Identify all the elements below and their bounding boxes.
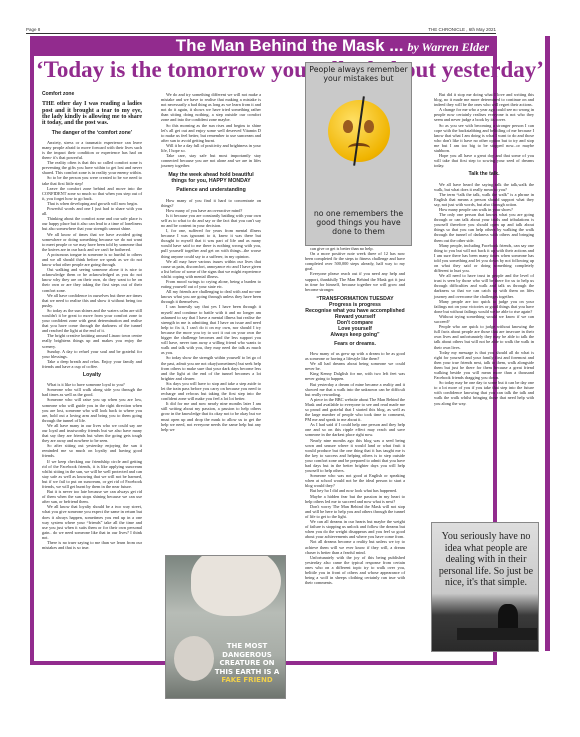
body-text: How many of you find it hard to concentr…	[161, 198, 261, 432]
column-banner: The Man Behind the Mask ...by Warren Eld…	[30, 36, 497, 56]
paragraph: So to be the person you were created to …	[42, 175, 142, 185]
paragraph: Always keep going”	[305, 332, 405, 338]
paragraph: How many of us grew up with a dream to b…	[305, 351, 405, 361]
column-3: can give or get is better than no help.O…	[305, 246, 405, 585]
paragraph: We all had dreams about being someone we…	[305, 361, 405, 371]
paragraph: Everyone please reach out if you need an…	[305, 271, 405, 291]
article-headline: ‘Today is the tomorrow you talked about …	[36, 57, 491, 83]
paragraph: From mood swings to crying alone, being …	[161, 279, 261, 289]
paragraph: If we keep checking our friendship circl…	[42, 459, 142, 490]
paragraph: We all need to have trust in people and …	[434, 273, 534, 298]
paragraph: As I had said if I could help one person…	[305, 422, 405, 437]
paragraph: Take care, stay safe but most importantl…	[161, 153, 261, 168]
paragraph: Don't worry The Man Behind the Mask will…	[305, 504, 405, 519]
paragraph: It did for me and now nearly nine months…	[161, 401, 261, 432]
paragraph: Is it because you are constantly battlin…	[161, 213, 261, 228]
paragraph: We all know of times that we have avoide…	[42, 232, 142, 252]
paragraph: DANGEROUS	[208, 651, 286, 660]
body-text: What is it like to have someone loyal to…	[42, 382, 142, 550]
be-nice-quote-image: You seriously have no idea what people a…	[431, 522, 539, 652]
subheading-talk-the-talk: Talk the talk.	[434, 172, 534, 177]
paragraph: Out walking and seeing someone alone it …	[42, 267, 142, 292]
paragraph: So today show the strength within yourse…	[161, 355, 261, 380]
body-text: Anxiety, stress or a traumatic experienc…	[42, 140, 142, 369]
paragraph: So after sitting out yesterday enjoying …	[42, 443, 142, 458]
paragraph: King Kenny Dalglish for me, with two lef…	[305, 371, 405, 381]
paragraph: But did it stop me doing what I love and…	[434, 92, 534, 107]
subheading-comfort-zone: The danger of the ‘comfort zone’	[42, 131, 142, 136]
body-text: How many of us grew up with a dream to b…	[305, 351, 405, 585]
paragraph: We all have confidence in ourselves but …	[42, 293, 142, 308]
paragraph: Powerful words and one I just had to sha…	[42, 206, 142, 216]
paragraph: We do and try something different we wil…	[161, 92, 261, 123]
fake-friend-image: THE MOSTDANGEROUSCREATURE ONTHIS EARTH I…	[165, 555, 286, 699]
paragraph: People who are quick to judge without kn…	[434, 324, 534, 349]
transformation-tuesday-quote: “TRANSFORMATION TUESDAYProgress is progr…	[305, 296, 405, 338]
paragraph: Someone who will raise you up when you a…	[42, 397, 142, 422]
banner-title: The Man Behind the Mask ...	[176, 36, 404, 55]
paragraph: Not all dreams become a reality but unle…	[305, 539, 405, 554]
byline: by Warren Elder	[407, 40, 489, 54]
paragraph: Thinking about the comfort zone and our …	[42, 216, 142, 231]
body-text: We all have heard the saying talk the ta…	[434, 182, 534, 406]
image-quote-text: You seriously have no idea what people a…	[434, 531, 538, 589]
paragraph: So today may be one day to some but it c…	[434, 380, 534, 405]
paragraph: The reality often is that this so called…	[42, 160, 142, 175]
paragraph: Six days you will have to stop and take …	[161, 381, 261, 401]
paragraph: We all have heard the saying talk the ta…	[434, 182, 534, 192]
paragraph: So today as the sun shines and the water…	[42, 308, 142, 333]
paragraph: Many people are too quick to judge you o…	[434, 299, 534, 314]
paragraph: We all may have various issues within ou…	[161, 259, 261, 279]
paragraph: Someone who will walk along side you thr…	[42, 387, 142, 397]
paragraph: Sunday. A day to refuel your soul and be…	[42, 349, 142, 359]
paragraph: Will it be a day full of positivity and …	[161, 143, 261, 153]
sad-cracked-emoji-icon	[328, 100, 390, 162]
body-text: But did it stop me doing what I love and…	[434, 92, 534, 168]
image-caption: THE MOSTDANGEROUSCREATURE ONTHIS EARTH I…	[208, 642, 286, 685]
paragraph: I, for one, suffered for years from ment…	[161, 228, 261, 259]
paragraph: Unfortunately with the joy of this being…	[305, 555, 405, 586]
callout-happy-monday: May the week ahead hold beautiful things…	[161, 172, 261, 184]
paragraph: A poisonous tongue in someone is so hurt…	[42, 252, 142, 267]
column-1: Comfort zone THE other day I was reading…	[42, 92, 142, 550]
paragraph: So as you see with becoming a stronger p…	[434, 123, 534, 154]
paragraph: The bright creative knitting around Lina…	[42, 333, 142, 348]
paragraph: CREATURE ON	[208, 659, 286, 668]
paragraph: But hey ho I did and now look what has h…	[305, 488, 405, 493]
bench	[457, 628, 537, 640]
paragraph: How many of you find it hard to concentr…	[161, 198, 261, 208]
subheading-patience: Patience and understanding	[161, 188, 261, 193]
paragraph: THIS EARTH IS A	[208, 668, 286, 677]
paragraph: We all have many in our lives who we cou…	[42, 423, 142, 443]
paragraph: There is no truer saying to me than we l…	[42, 540, 142, 550]
subheading-loyalty: Loyalty	[42, 373, 142, 378]
paragraph: Hope you all have a great day and that s…	[434, 153, 534, 168]
paragraph: Anxiety, stress or a traumatic experienc…	[42, 140, 142, 160]
mistakes-emoji-image: People always remember your mistakes but…	[305, 62, 412, 246]
paragraph: Many people, including Facebook friends,…	[434, 243, 534, 274]
lead-paragraph: THE other day I was reading a ladies pos…	[42, 101, 142, 127]
paragraph: Someone who was not good at English or s…	[305, 473, 405, 488]
wolf-in-sheep-clothing-illustration	[191, 555, 281, 616]
paragraph: All my friends are challenging to deal w…	[161, 289, 261, 304]
paragraph: The only one person that knows what you …	[434, 212, 534, 243]
paragraph: A piece in the BBC website about The Man…	[305, 397, 405, 422]
section-label: Comfort zone	[42, 92, 142, 97]
header-rule	[26, 33, 496, 34]
column-2: We do and try something different we wil…	[161, 92, 261, 432]
paragraph: I can honestly say that yes I have been …	[161, 304, 261, 355]
paragraph: THE MOST	[208, 642, 286, 651]
paragraph: We all know that loyalty should be a two…	[42, 504, 142, 540]
right-accent-bar	[545, 36, 550, 651]
paragraph: Leave the comfort zone behind and move i…	[42, 186, 142, 201]
paragraph: A change for me who a year ago could see…	[434, 107, 534, 122]
paragraph: But yesterday a dream of mine became a r…	[305, 382, 405, 397]
body-text: can give or get is better than no help.O…	[305, 246, 405, 292]
paragraph: Maybe a hidden fear but the passion in m…	[305, 494, 405, 504]
paragraph: The term “talk the talk, walk the walk” …	[434, 192, 534, 207]
body-text: We do and try something different we wil…	[161, 92, 261, 168]
paragraph: On a more positive note week three of 12…	[305, 251, 405, 271]
paragraph: So this morning as the sun rises and beg…	[161, 123, 261, 143]
paragraph: “TRANSFORMATION TUESDAY	[305, 296, 405, 302]
publication-date: THE CHRONICLE , 6th May 2021	[428, 27, 496, 32]
page-number: Page 8	[26, 27, 40, 32]
paragraph: Take a deep breath and relax. Enjoy your…	[42, 359, 142, 369]
image-bottom-text: no one remembers the good things you hav…	[306, 209, 411, 236]
subheading-fears-or-dreams: Fears or dreams.	[305, 342, 405, 347]
caption-highlight: FAKE FRIEND	[208, 676, 286, 685]
paragraph: Today my message is that you should all …	[434, 350, 534, 381]
paragraph: Nearly nine months ago this blog was a s…	[305, 438, 405, 474]
paragraph: We can all dreams in our hearts but mayb…	[305, 519, 405, 539]
image-top-text: People always remember your mistakes but	[306, 65, 411, 83]
paragraph: But it is never too late because we can …	[42, 489, 142, 504]
paragraph: Recognise what you have accomplished	[305, 308, 405, 314]
paragraph: Without trying something would we know i…	[434, 314, 534, 324]
column-4: But did it stop me doing what I love and…	[434, 92, 534, 406]
